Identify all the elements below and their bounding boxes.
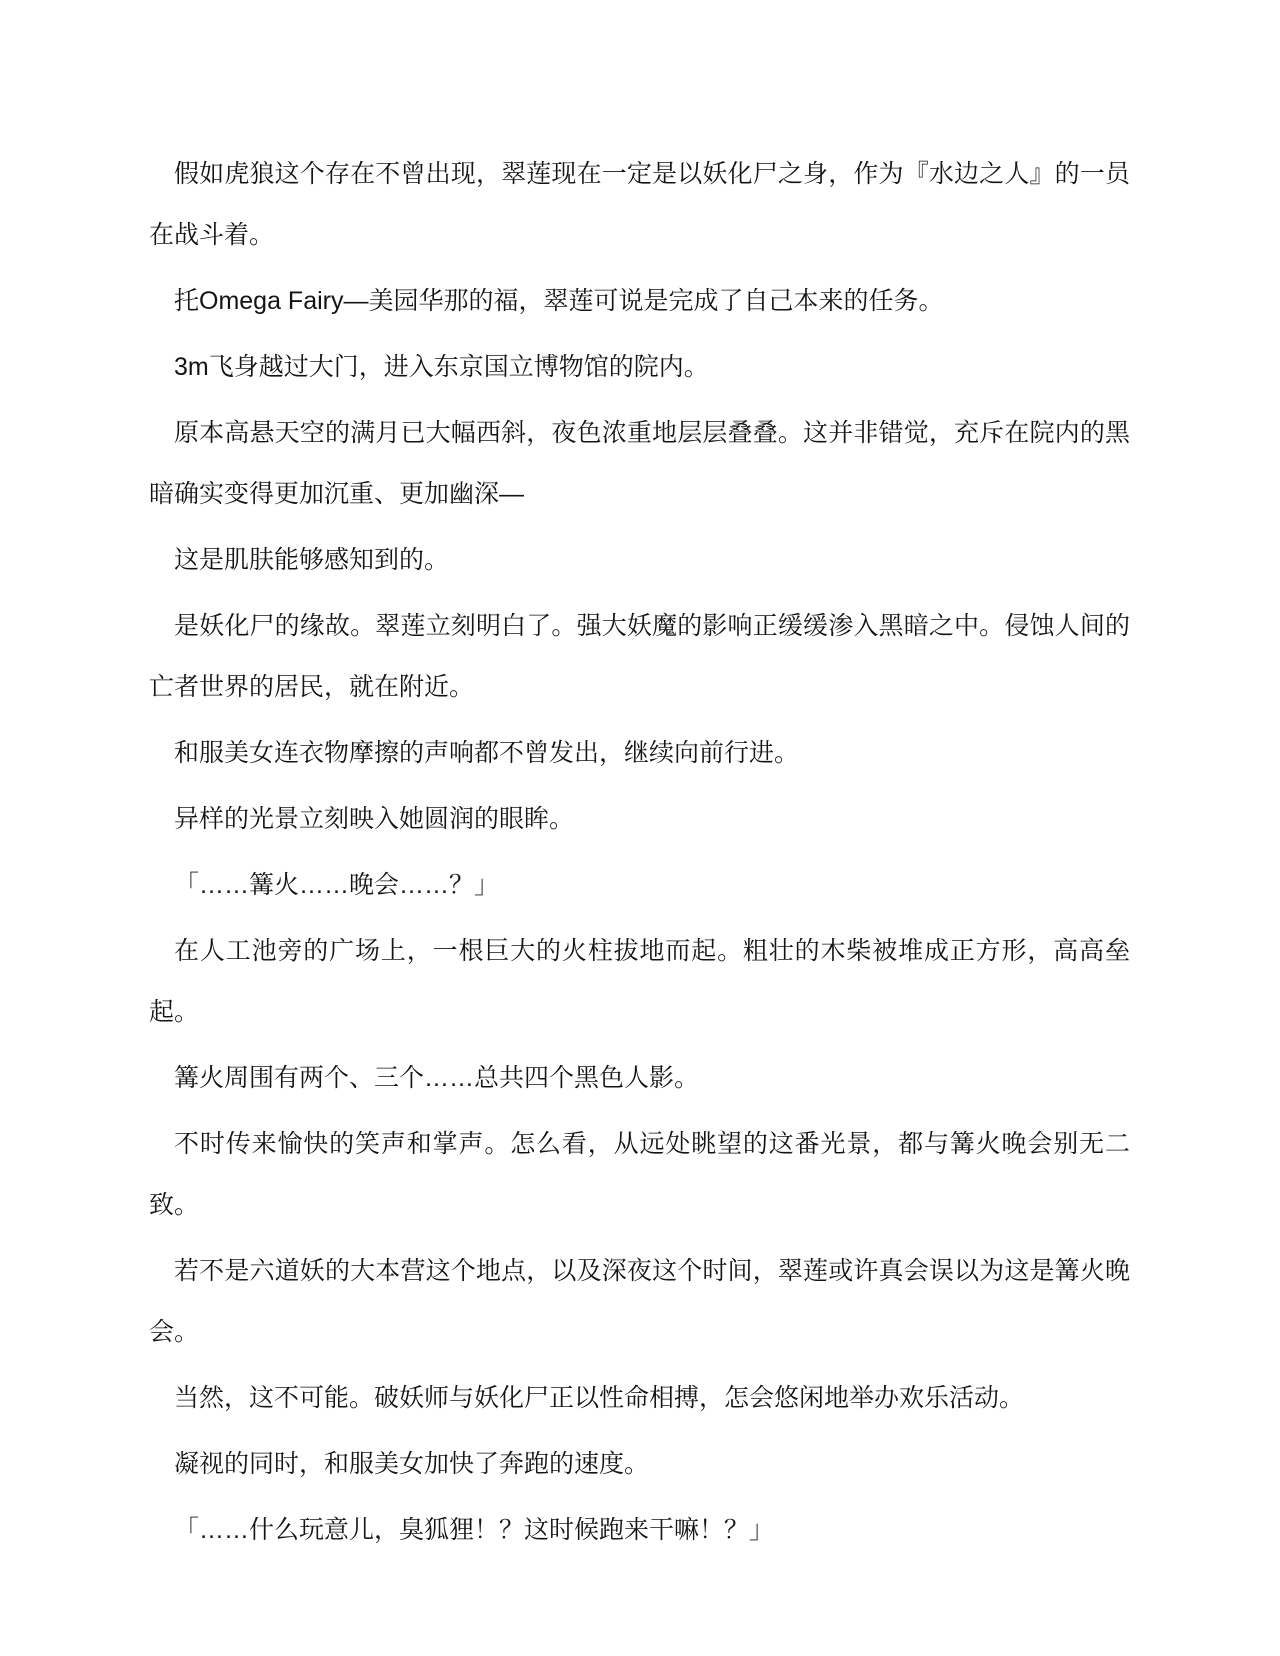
paragraph: 「……什么玩意儿，臭狐狸！？这时候跑来干嘛！？」 <box>149 1500 1130 1561</box>
paragraph: 凝视的同时，和服美女加快了奔跑的速度。 <box>149 1434 1130 1495</box>
paragraph: 原本高悬天空的满月已大幅西斜，夜色浓重地层层叠叠。这并非错觉，充斥在院内的黑暗确… <box>149 403 1130 525</box>
paragraph: 篝火周围有两个、三个……总共四个黑色人影。 <box>149 1048 1130 1109</box>
paragraph: 托Omega Fairy—美园华那的福，翠莲可说是完成了自己本来的任务。 <box>149 271 1130 332</box>
document-page: 假如虎狼这个存在不曾出现，翠莲现在一定是以妖化尸之身，作为『水边之人』的一员在战… <box>0 0 1280 1656</box>
paragraph: 假如虎狼这个存在不曾出现，翠莲现在一定是以妖化尸之身，作为『水边之人』的一员在战… <box>149 144 1130 266</box>
paragraph: 当然，这不可能。破妖师与妖化尸正以性命相搏，怎会悠闲地举办欢乐活动。 <box>149 1368 1130 1429</box>
paragraph: 是妖化尸的缘故。翠莲立刻明白了。强大妖魔的影响正缓缓渗入黑暗之中。侵蚀人间的亡者… <box>149 596 1130 718</box>
paragraph: 不时传来愉快的笑声和掌声。怎么看，从远处眺望的这番光景，都与篝火晚会别无二致。 <box>149 1114 1130 1236</box>
paragraph: 「……篝火……晚会……？」 <box>149 855 1130 916</box>
paragraph: 和服美女连衣物摩擦的声响都不曾发出，继续向前行进。 <box>149 723 1130 784</box>
paragraph: 若不是六道妖的大本营这个地点，以及深夜这个时间，翠莲或许真会误以为这是篝火晚会。 <box>149 1241 1130 1363</box>
paragraph: 3m飞身越过大门，进入东京国立博物馆的院内。 <box>149 337 1130 398</box>
paragraph: 异样的光景立刻映入她圆润的眼眸。 <box>149 789 1130 850</box>
paragraph: 这是肌肤能够感知到的。 <box>149 530 1130 591</box>
paragraph: 在人工池旁的广场上，一根巨大的火柱拔地而起。粗壮的木柴被堆成正方形，高高垒起。 <box>149 921 1130 1043</box>
